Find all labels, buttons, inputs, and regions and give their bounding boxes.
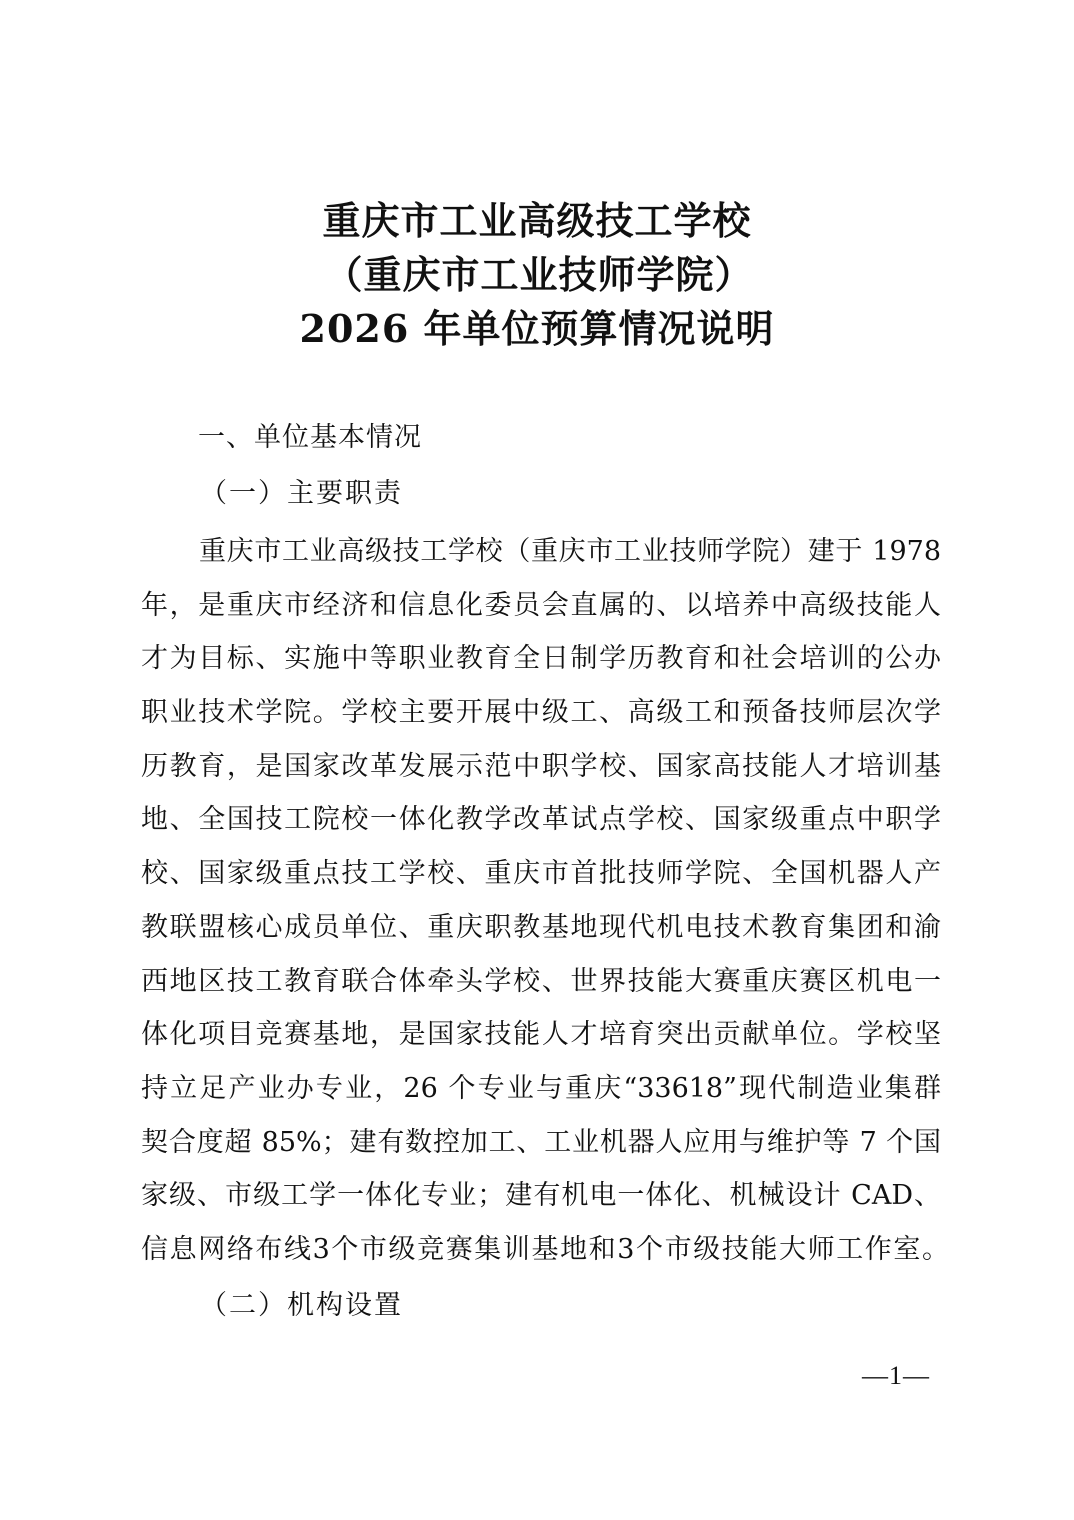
paragraph-line: 年，是重庆市经济和信息化委员会直属的、以培养中高级技能人	[141, 584, 941, 638]
subsection-heading-organization: （二）机构设置	[200, 1286, 403, 1326]
paragraph-line: 历教育，是国家改革发展示范中职学校、国家高技能人才培训基	[141, 745, 941, 799]
paragraph-line: 地、全国技工院校一体化教学改革试点学校、国家级重点中职学	[141, 798, 941, 852]
paragraph-line: 体化项目竞赛基地，是国家技能人才培育突出贡献单位。学校坚	[141, 1013, 941, 1067]
paragraph-line: 持立足产业办专业，26 个专业与重庆“33618”现代制造业集群	[141, 1067, 941, 1121]
document-title: 重庆市工业高级技工学校 （重庆市工业技师学院） 2026 年单位预算情况说明	[0, 194, 1074, 356]
paragraph-line: 契合度超 85%；建有数控加工、工业机器人应用与维护等 7 个国	[141, 1121, 941, 1175]
paragraph-line: 校、国家级重点技工学校、重庆市首批技师学院、全国机器人产	[141, 852, 941, 906]
document-page: 重庆市工业高级技工学校 （重庆市工业技师学院） 2026 年单位预算情况说明 一…	[0, 0, 1074, 1520]
title-line-1: 重庆市工业高级技工学校	[0, 194, 1074, 248]
paragraph-line: 职业技术学院。学校主要开展中级工、高级工和预备技师层次学	[141, 691, 941, 745]
subsection-heading-main-duties: （一）主要职责	[200, 474, 403, 514]
page-number: —1—	[862, 1356, 930, 1396]
paragraph-line: 西地区技工教育联合体牵头学校、世界技能大赛重庆赛区机电一	[141, 960, 941, 1014]
title-line-3: 2026 年单位预算情况说明	[0, 302, 1074, 356]
title-line-2: （重庆市工业技师学院）	[4, 248, 1074, 302]
paragraph-line: 重庆市工业高级技工学校（重庆市工业技师学院）建于 1978	[199, 530, 941, 584]
paragraph-line: 家级、市级工学一体化专业；建有机电一体化、机械设计 CAD、	[141, 1174, 941, 1228]
paragraph-line: 才为目标、实施中等职业教育全日制学历教育和社会培训的公办	[141, 637, 941, 691]
section-heading-basic-info: 一、单位基本情况	[198, 418, 422, 458]
paragraph-line: 教联盟核心成员单位、重庆职教基地现代机电技术教育集团和渝	[141, 906, 941, 960]
paragraph-line: 信息网络布线3个市级竞赛集训基地和3个市级技能大师工作室。	[141, 1228, 949, 1282]
main-duties-paragraph: 重庆市工业高级技工学校（重庆市工业技师学院）建于 1978 年，是重庆市经济和信…	[141, 530, 951, 1282]
